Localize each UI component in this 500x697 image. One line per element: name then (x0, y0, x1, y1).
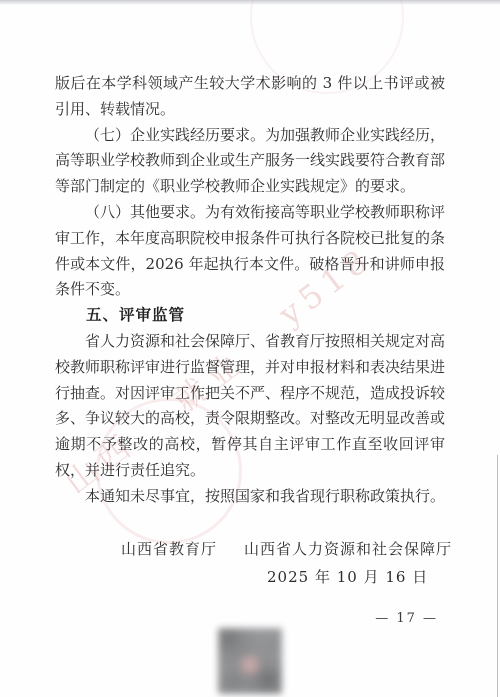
signature-hr-dept: 山西省人力资源和社会保障厅 (244, 538, 452, 559)
paragraph-continuation: 版后在本学科领域产生较大学术影响的 3 件以上书评或被引用、转载情况。 (55, 71, 445, 123)
scanned-document-page: 山西 就业 y518 版后在本学科领域产生较大学术影响的 3 件以上书评或被引用… (0, 0, 500, 697)
section-heading: 五、评审监管 (55, 303, 445, 329)
paragraph-item-7: （七）企业实践经历要求。为加强教师企业实践经历，高等职业学校教师到企业或生产服务… (55, 123, 445, 200)
paragraph-supervision: 省人力资源和社会保障厅、省教育厅按照相关规定对高校教师职称评审进行监督管理，并对… (55, 329, 445, 484)
signature-education-dept: 山西省教育厅 (121, 538, 217, 559)
paragraph-closing: 本通知未尽事宜，按照国家和我省现行职称政策执行。 (55, 484, 445, 510)
document-date: 2025 年 10 月 16 日 (267, 566, 428, 587)
document-body: 版后在本学科领域产生较大学术影响的 3 件以上书评或被引用、转载情况。 （七）企… (55, 71, 445, 510)
paragraph-item-8: （八）其他要求。为有效衔接高等职业学校教师职称评审工作，本年度高职院校申报条件可… (55, 200, 445, 303)
page-number: — 17 — (375, 611, 438, 626)
scan-right-edge-artifact (497, 455, 498, 697)
signature-row: 山西省教育厅 山西省人力资源和社会保障厅 (121, 538, 452, 559)
blurred-qr-stamp (218, 628, 282, 694)
scan-top-edge-artifact (0, 0, 500, 5)
